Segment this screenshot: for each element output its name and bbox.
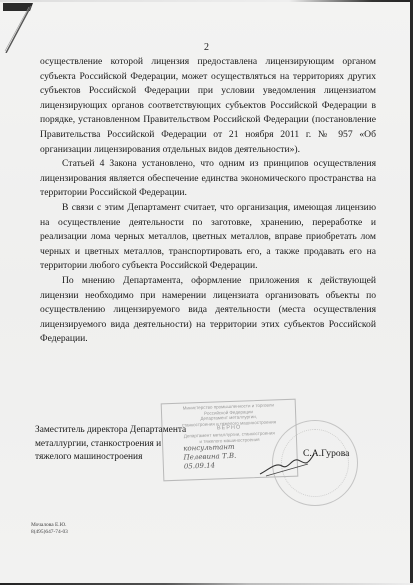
paragraph-1: осуществление которой лицензия предостав… bbox=[40, 55, 376, 157]
signature-position-line: тяжелого машиностроения bbox=[35, 451, 186, 465]
signature-position-line: Заместитель директора Департамента bbox=[35, 424, 186, 438]
scan-edge-top bbox=[0, 0, 413, 2]
page-number: 2 bbox=[204, 42, 209, 53]
executor-name: Мочалова Е.Ю. bbox=[31, 522, 68, 529]
executor-info: Мочалова Е.Ю. 8(495)647-74-03 bbox=[31, 522, 68, 536]
paragraph-3: В связи с этим Департамент считает, что … bbox=[40, 201, 376, 274]
signature-position: Заместитель директора Департамента метал… bbox=[35, 424, 186, 465]
executor-phone: 8(495)647-74-03 bbox=[31, 529, 68, 536]
signatory-name: С.А.Гурова bbox=[303, 448, 349, 459]
letter-body: осуществление которой лицензия предостав… bbox=[40, 55, 376, 347]
signature-position-line: металлургии, станкостроения и bbox=[35, 438, 186, 452]
staple-corner-mark-icon bbox=[3, 3, 33, 53]
document-page: 2 осуществление которой лицензия предост… bbox=[0, 0, 413, 585]
paragraph-2: Статьей 4 Закона установлено, что одним … bbox=[40, 157, 376, 201]
paragraph-4: По мнению Департамента, оформление прило… bbox=[40, 274, 376, 347]
